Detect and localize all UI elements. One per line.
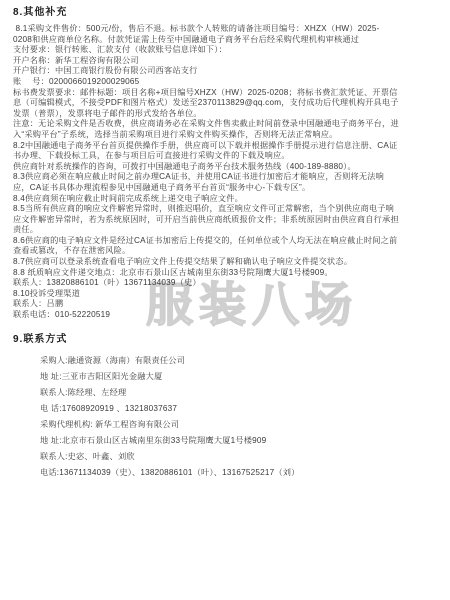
text-line: 标书费发票要求：邮件标题：项目名称+项目编号XHZX（HW）2025-0208；… bbox=[13, 88, 437, 99]
text-line: 8.8 纸质响应文件递交地点：北京市石景山区古城南里东街33号院翔鹰大厦1号楼9… bbox=[13, 268, 437, 279]
text-line: 联系电话：010-52220519 bbox=[13, 310, 437, 321]
text-line: 8.10投诉受理渠道 bbox=[13, 289, 437, 300]
text-line: 联系人:史宓、叶鑫、刘欣 bbox=[40, 449, 437, 465]
section-9-heading: 9.联系方式 bbox=[13, 330, 437, 345]
text-line: 应文件解密异常时，若为系统原因时，可开启当前供应商纸质报价文件；非系统原因时由供… bbox=[13, 215, 437, 226]
text-line: 责任。 bbox=[13, 225, 437, 236]
text-line: 8.2中国融通电子商务平台首页提供操作手册，供应商可以下载并根据操作手册提示进行… bbox=[13, 141, 437, 152]
text-line: 发票（普票），发票将电子邮件的形式发给各单位。 bbox=[13, 109, 437, 120]
text-line: 支付要求：银行转账、汇款支付（收款账号信息详如下）： bbox=[13, 45, 437, 56]
text-line: 采购代理机构: 新华工程咨询有限公司 bbox=[40, 417, 437, 433]
text-line: 息（可编辑模式，不接受PDF和图片格式）发送至2370113829@qq.com… bbox=[13, 98, 437, 109]
text-line: 开户名称：新华工程咨询有限公司 bbox=[13, 56, 437, 67]
text-line: 8.6供应商的电子响应文件是经过CA证书加密后上传提交的，任何单位或个人均无法在… bbox=[13, 236, 437, 247]
text-line: 8.7供应商可以登录系统查看电子响应文件上传提交结果了解和确认电子响应文件提交状… bbox=[13, 257, 437, 268]
text-line: 联系人：13820886101（叶）13671134039（史） bbox=[13, 278, 437, 289]
text-line: 地 址:北京市石景山区古城南里东街33号院翔鹰大厦1号楼909 bbox=[40, 433, 437, 449]
text-line: 8.4供应商须在响应截止时间前完成系统上递交电子响应文件。 bbox=[13, 194, 437, 205]
text-line: 8.3供应商必须在响应截止时间之前办理CA证书，并使用CA证书进行加密后才能响应… bbox=[13, 172, 437, 183]
text-line: 地 址:三亚市吉阳区阳光金融大厦 bbox=[40, 369, 437, 385]
text-line: 联系人:陈经理、左经理 bbox=[40, 385, 437, 401]
text-line: 供应商针对系统操作的咨询，可拨打中国融通电子商务平台技术服务热线（400-189… bbox=[13, 162, 437, 173]
document-page: 服装八场 8.其他补充 8.1采购文件售价：500元/份，售后不退。标书款个人转… bbox=[0, 0, 450, 600]
text-line: 8.1采购文件售价：500元/份，售后不退。标书款个人转账的请备注项目编号：XH… bbox=[13, 24, 437, 35]
text-line: 0208和供应商单位名称。付款凭证需上传至中国融通电子商务平台后经采购代理机构审… bbox=[13, 35, 437, 46]
text-line: 入“采购平台”子系统，选择当前采购项目进行采购文件购买操作，否则将无法正常响应。 bbox=[13, 130, 437, 141]
text-line: 采购人:融通资源（海南）有限责任公司 bbox=[40, 353, 437, 369]
text-line: 电 话:17608920919 、13218037637 bbox=[40, 401, 437, 417]
section-8-body: 8.1采购文件售价：500元/份，售后不退。标书款个人转账的请备注项目编号：XH… bbox=[13, 24, 437, 321]
text-line: 注意：无论采购文件是否收费，供应商请务必在采购文件售卖截止时间前登录中国融通电子… bbox=[13, 119, 437, 130]
text-line: 开户银行：中国工商银行股份有限公司西客站支行 bbox=[13, 66, 437, 77]
text-line: 查看或篡改，不存在泄密风险。 bbox=[13, 246, 437, 257]
section-8-heading: 8.其他补充 bbox=[13, 3, 437, 18]
text-line: 账 号：0200066019200029065 bbox=[13, 77, 437, 88]
text-line: 书办理、下载投标工具，在参与项目后可直接进行采购文件的下载及响应。 bbox=[13, 151, 437, 162]
section-9-body: 采购人:融通资源（海南）有限责任公司地 址:三亚市吉阳区阳光金融大厦联系人:陈经… bbox=[13, 353, 437, 481]
text-line: 8.5当所有供应商的响应文件解密异常时，则推迟唱价，直至响应文件可正常解密，当个… bbox=[13, 204, 437, 215]
text-line: 应，CA证书具体办理流程参见中国融通电子商务平台首页“服务中心-下载专区”。 bbox=[13, 183, 437, 194]
document-content: 8.其他补充 8.1采购文件售价：500元/份，售后不退。标书款个人转账的请备注… bbox=[0, 0, 450, 481]
text-line: 电话:13671134039（史）、13820886101（叶）、1316752… bbox=[40, 465, 437, 481]
text-line: 联系人：吕鹏 bbox=[13, 299, 437, 310]
